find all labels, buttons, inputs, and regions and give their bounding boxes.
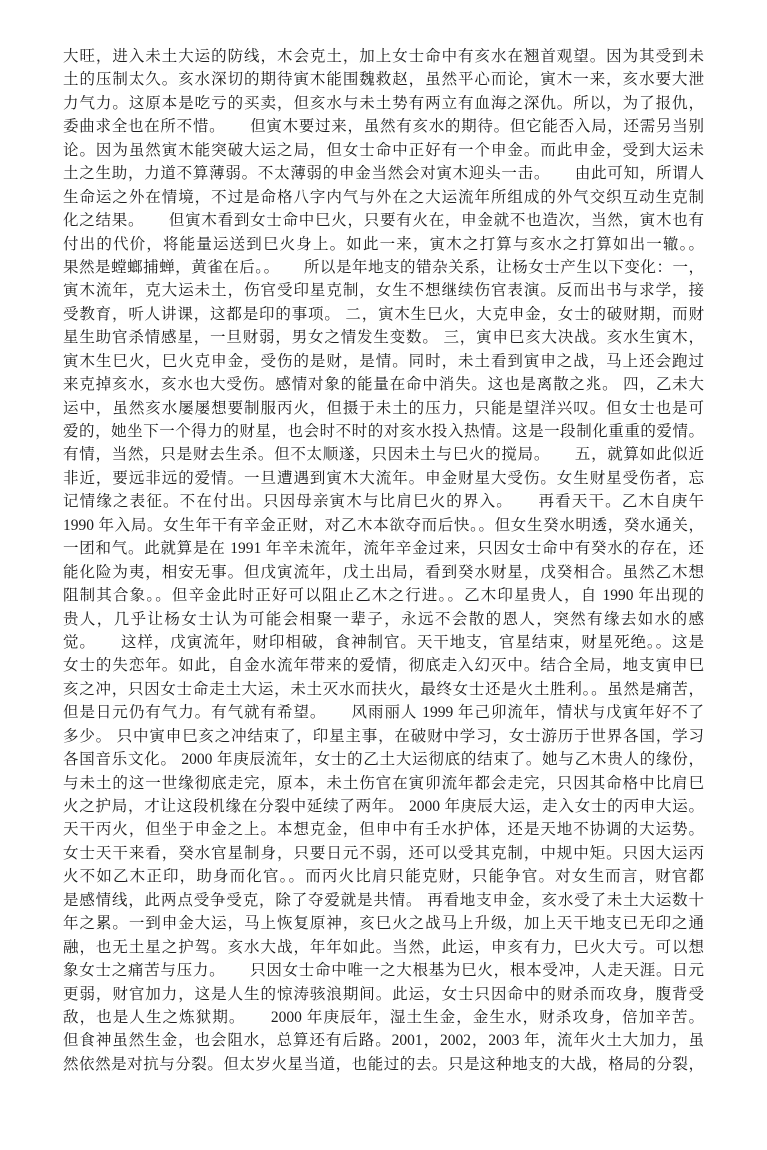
text-line: 寅木生巳火，巳火克申金，受伤的是财，是情。同时，未土看到寅申之战，马上还会跑过	[63, 350, 704, 373]
document-page: 大旺，进入未土大运的防线，木会克土，加上女士命中有亥水在翘首观望。因为其受到未土…	[0, 0, 767, 1150]
text-line: 觉。 这样，戊寅流年，财印相破，食神制官。天干地支，官星结束，财星死绝。。这是	[63, 631, 704, 654]
text-line: 委曲求全也在所不惜。 但寅木要过来，虽然有亥水的期待。但它能否入局，还需另当别	[63, 115, 704, 138]
text-line: 火之护局，才让这段机缘在分裂中延续了两年。 2000 年庚辰大运，走入女士的丙申…	[63, 795, 704, 818]
text-line: 天干丙火，但坐于申金之上。本想克金，但申中有壬水护体，还是天地不协调的大运势。	[63, 818, 704, 841]
text-line: 付出的代价，将能量运送到巳火身上。如此一来，寅木之打算与亥水之打算如出一辙。。	[63, 233, 704, 256]
text-line: 星生助官杀情感星，一旦财弱，男女之情发生变数。 三，寅申巳亥大决战。亥水生寅木，	[63, 326, 704, 349]
text-line: 非近，要远非远的爱情。一旦遭遇到寅木大流年。申金财星大受伤。女生财星受伤者，忘	[63, 467, 704, 490]
text-line: 一团和气。此就算是在 1991 年辛未流年，流年辛金过来，只因女士命中有癸水的存…	[63, 537, 704, 560]
text-line: 年之累。一到申金大运，马上恢复原神，亥巳火之战马上升级，加上天干地支已无印之通	[63, 912, 704, 935]
text-line: 多少。 只中寅申巳亥之冲结束了，印星主事，在破财中学习，女士游历于世界各国，学习	[63, 725, 704, 748]
text-line: 能化险为夷，相安无事。但戊寅流年，戊土出局，看到癸水财星，戊癸相合。虽然乙木想	[63, 561, 704, 584]
text-line: 生命运之外在情境，不过是命格八字内气与外在之大运流年所组成的外气交织互动生克制	[63, 186, 704, 209]
text-line: 女士天干来看，癸水官星制身，只要日元不弱，还可以受其克制，中规中矩。只因大运丙	[63, 842, 704, 865]
text-line: 阻制其合象。。但辛金此时正好可以阻止乙木之行进。。乙木印星贵人，自 1990 年…	[63, 584, 704, 607]
text-line: 受教育，听人讲课，这都是印的事项。 二，寅木生巳火，大克申金，女士的破财期，而财	[63, 303, 704, 326]
text-line: 来克掉亥水，亥水也大受伤。感情对象的能量在命中消失。这也是离散之兆。 四，乙未大	[63, 373, 704, 396]
text-line: 有情，当然，只是财去生杀。但不太顺遂，只因未土与巳火的搅局。 五，就算如此似近	[63, 443, 704, 466]
text-line: 土之生助，力道不算薄弱。不太薄弱的申金当然会对寅木迎头一击。 由此可知，所谓人	[63, 162, 704, 185]
text-line: 1990 年入局。女生年干有辛金正财，对乙木本欲夺而后快。。但女生癸水明透，癸水…	[63, 514, 704, 537]
text-line: 与未土的这一世缘彻底走完，原本，未土伤官在寅卯流年都会走完，只因其命格中比肩巳	[63, 772, 704, 795]
text-line: 但食神虽然生金，也会阻水，总算还有后路。2001，2002，2003 年，流年火…	[63, 1029, 704, 1052]
text-line: 果然是螳螂捕蝉，黄雀在后。。 所以是年地支的错杂关系，让杨女士产生以下变化：一，	[63, 256, 704, 279]
text-line: 贵人，几乎让杨女士认为可能会相聚一辈子，永远不会散的恩人，突然有缘去如水的感	[63, 608, 704, 631]
text-line: 象女士之痛苦与压力。 只因女士命中唯一之大根基为巳火，根本受冲，人走天涯。日元	[63, 959, 704, 982]
text-line: 记情缘之表征。不在付出。只因母亲寅木与比肩巳火的界入。 再看天干。乙木自庚午	[63, 490, 704, 513]
text-line: 但是日元仍有气力。有气就有希望。 风雨丽人 1999 年己卯流年，情状与戊寅年好…	[63, 701, 704, 724]
text-line: 寅木流年，克大运未土，伤官受印星克制，女生不想继续伤官表演。反而出书与求学，接	[63, 279, 704, 302]
text-line: 火不如乙木正印，助身而化官。。而丙火比肩只能克财，只能争官。对女生而言，财官都	[63, 865, 704, 888]
text-line: 土的压制太久。亥水深切的期待寅木能围魏救赵，虽然平心而论，寅木一来，亥水要大泄	[63, 68, 704, 91]
text-line: 化之结果。 但寅木看到女士命中巳火，只要有火在，申金就不也造次，当然，寅木也有	[63, 209, 704, 232]
text-line: 大旺，进入未土大运的防线，木会克土，加上女士命中有亥水在翘首观望。因为其受到未	[63, 45, 704, 68]
text-line: 女士的失恋年。如此，自金水流年带来的爱情，彻底走入幻灭中。结合全局，地支寅申巳	[63, 654, 704, 677]
text-line: 更弱，财官加力，这是人生的惊涛骇浪期间。此运，女士只因命中的财杀而攻身，腹背受	[63, 983, 704, 1006]
text-line: 然依然是对抗与分裂。但太岁火星当道，也能过的去。只是这种地支的大战，格局的分裂，	[63, 1053, 704, 1076]
text-line: 力气力。这原本是吃亏的买卖，但亥水与未土势有两立有血海之深仇。所以，为了报仇，	[63, 92, 704, 115]
text-line: 亥之冲，只因女士命走土大运，未土灭水而扶火，最终女士还是火土胜利。。虽然是痛苦，	[63, 678, 704, 701]
text-line: 融，也无土星之护驾。亥水大战，年年如此。当然，此运，申亥有力，巳火大亏。可以想	[63, 936, 704, 959]
document-body-text: 大旺，进入未土大运的防线，木会克土，加上女士命中有亥水在翘首观望。因为其受到未土…	[63, 45, 704, 1076]
text-line: 论。因为虽然寅木能突破大运之局，但女士命中正好有一个申金。而此申金，受到大运未	[63, 139, 704, 162]
text-line: 各国音乐文化。 2000 年庚辰流年，女士的乙土大运彻底的结束了。她与乙木贵人的…	[63, 748, 704, 771]
text-line: 爱的，她坐下一个得力的财星，也会时不时的对亥水投入热情。这是一段制化重重的爱情。	[63, 420, 704, 443]
text-line: 是感情线，此两点受争受克，除了夺爱就是共情。 再看地支申金，亥水受了未土大运数十	[63, 889, 704, 912]
text-line: 运中，虽然亥水屡屡想要制服丙火，但摄于未土的压力，只能是望洋兴叹。但女士也是可	[63, 397, 704, 420]
text-line: 敌，也是人生之炼狱期。 2000 年庚辰年，湿土生金，金生水，财杀攻身，倍加辛苦…	[63, 1006, 704, 1029]
